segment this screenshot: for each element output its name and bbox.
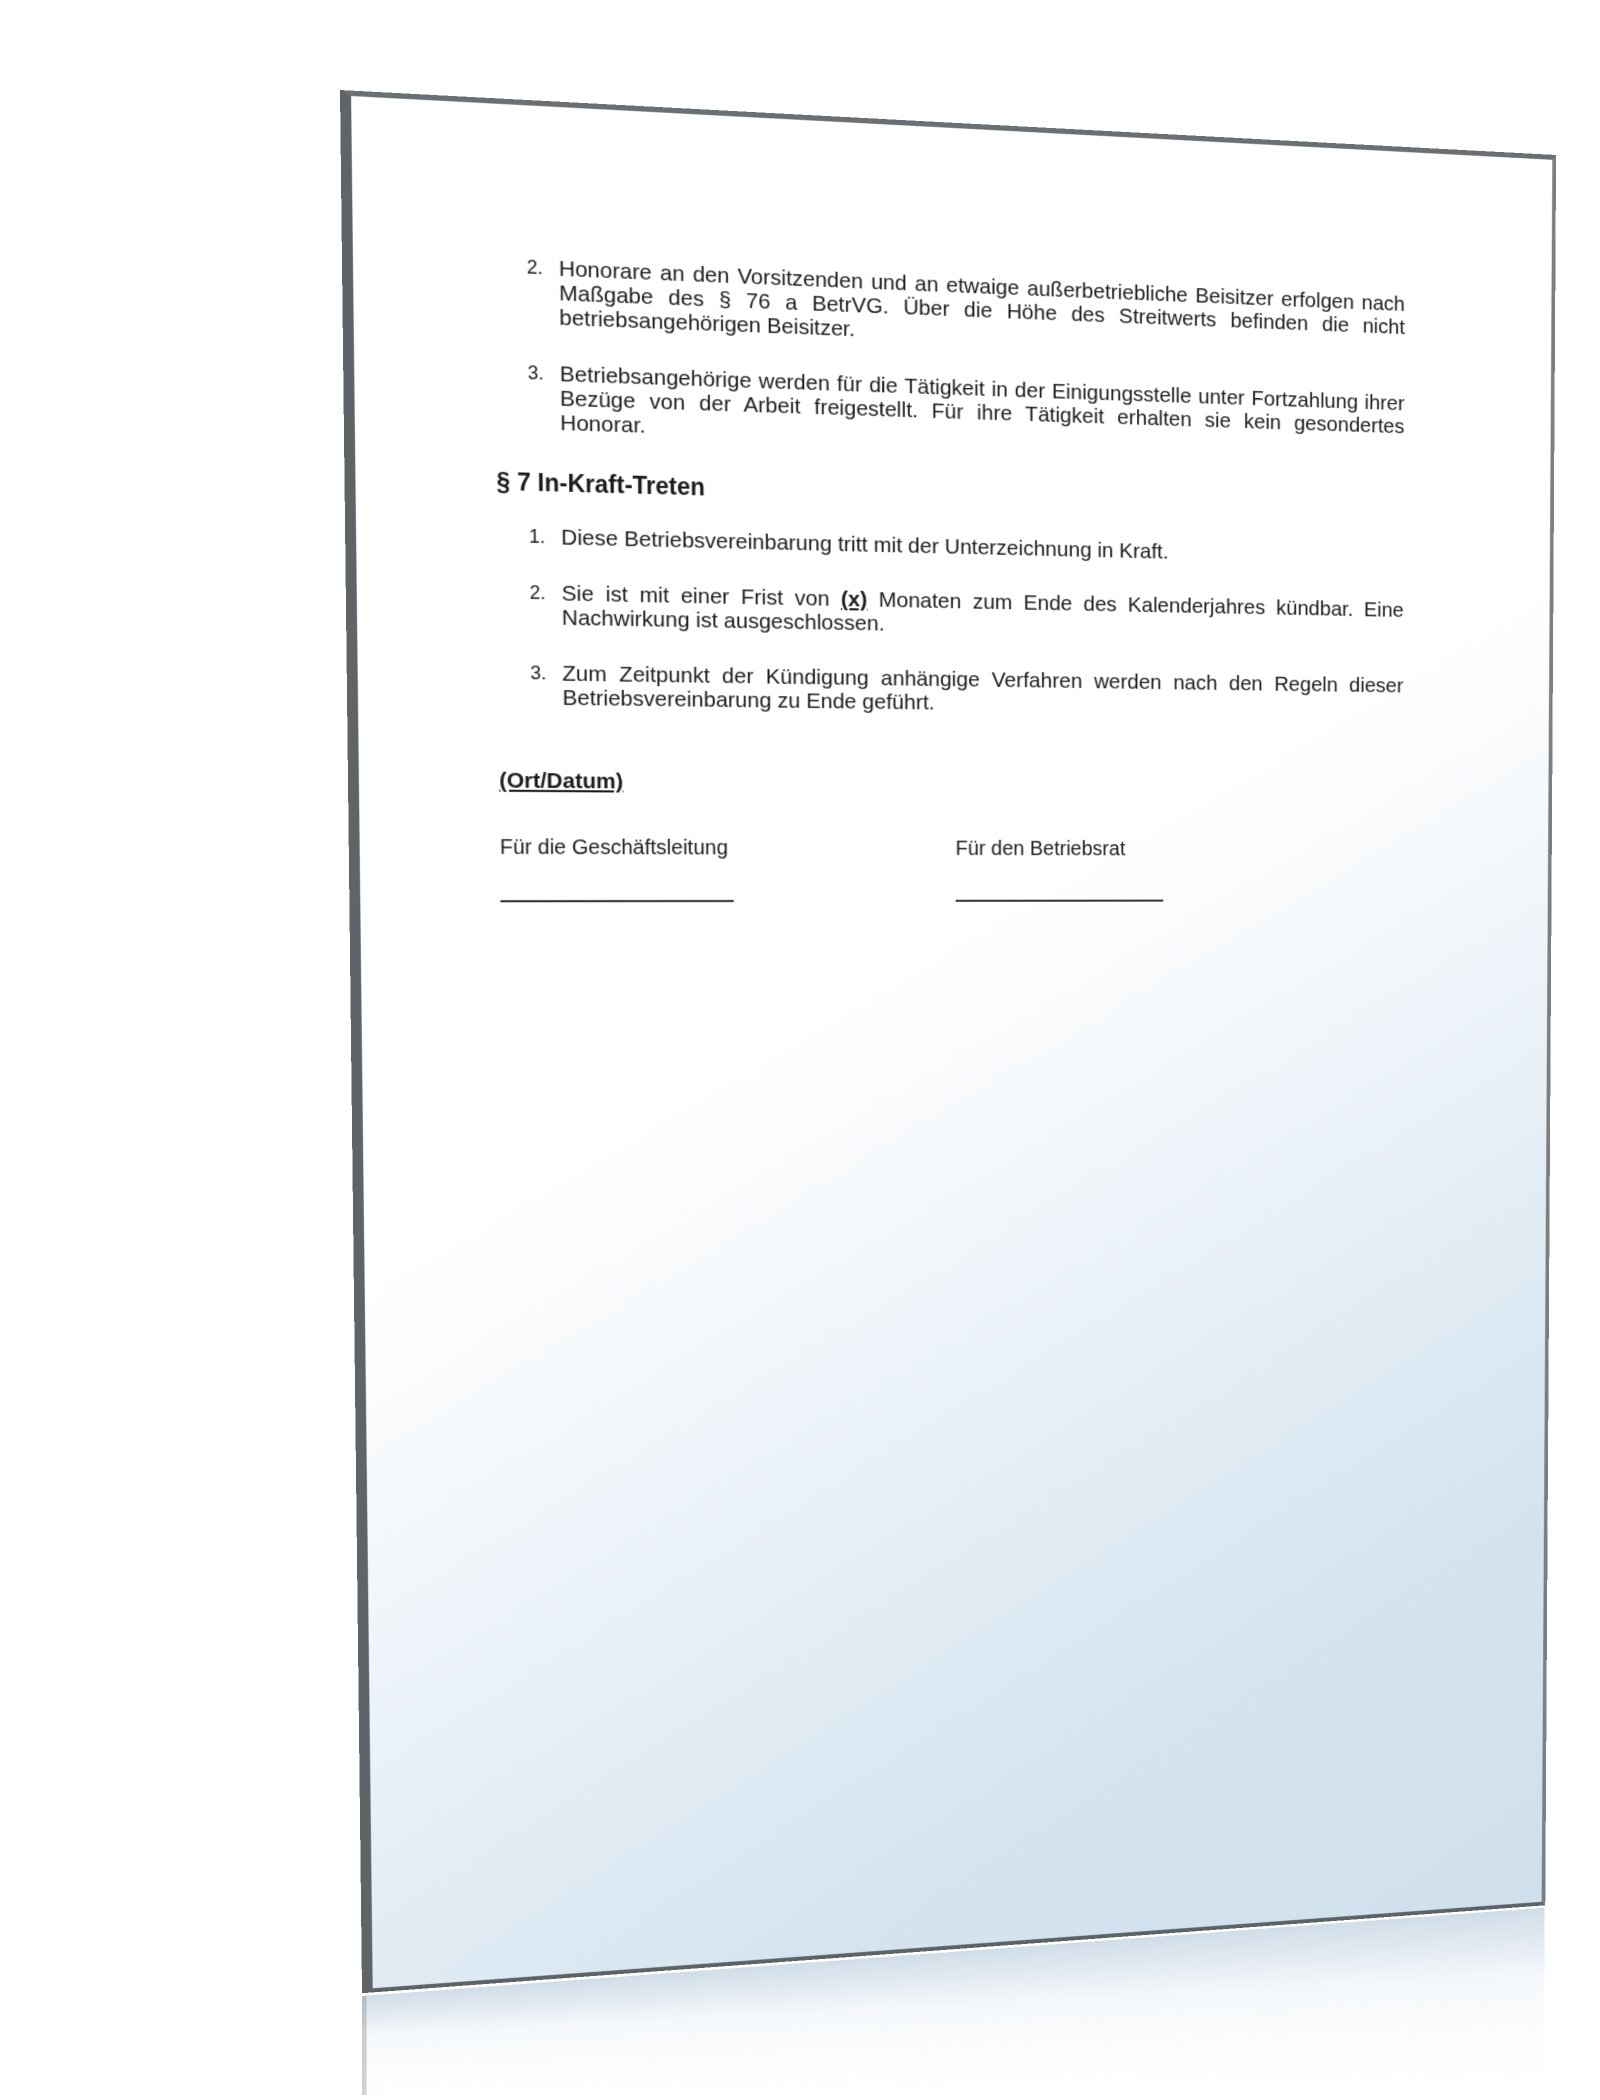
signature-line [956, 900, 1164, 902]
list-number: 2. [530, 581, 546, 606]
stage: 2. Honorare an den Vorsitzenden und an e… [0, 0, 1600, 2100]
document-content: 2. Honorare an den Vorsitzenden und an e… [494, 254, 1405, 902]
document-page: 2. Honorare an den Vorsitzenden und an e… [340, 90, 1556, 1993]
signature-label: Für die Geschäftsleitung [500, 836, 956, 861]
list-item-inkrafttreten: 1. Diese Betriebsvereinbarung tritt mit … [497, 524, 1404, 569]
list-number: 1. [529, 525, 545, 550]
list-number: 2. [527, 255, 543, 280]
signature-management: Für die Geschäftsleitung [500, 836, 956, 902]
list-text: Honorare an den Vorsitzenden und an etwa… [559, 257, 1405, 342]
signature-row: Für die Geschäftsleitung Für den Betrieb… [500, 836, 1403, 902]
list-text: Diese Betriebsvereinbarung tritt mit der… [561, 525, 1169, 563]
signature-line [500, 900, 733, 902]
signature-works-council: Für den Betriebsrat [956, 838, 1384, 902]
placeholder-field: (x) [841, 587, 867, 611]
list-item-kuendigung: 2. Sie ist mit einer Frist von (x) Monat… [497, 580, 1403, 645]
signature-label: Für den Betriebsrat [956, 838, 1384, 862]
list-text: Betriebsangehörige werden für die Tätigk… [560, 362, 1405, 438]
section-heading: § 7 In-Kraft-Treten [496, 467, 1404, 520]
list-item-honorare: 2. Honorare an den Vorsitzenden und an e… [494, 254, 1405, 362]
place-date-label: (Ort/Datum) [499, 769, 1403, 800]
list-item-betriebsangehoerige: 3. Betriebsangehörige werden für die Tät… [495, 360, 1404, 462]
list-text: Zum Zeitpunkt der Kündigung anhängige Ve… [562, 662, 1403, 715]
list-number: 3. [528, 361, 544, 386]
list-item-verfahren: 3. Zum Zeitpunkt der Kündigung anhängige… [498, 661, 1403, 721]
list-number: 3. [530, 661, 546, 686]
